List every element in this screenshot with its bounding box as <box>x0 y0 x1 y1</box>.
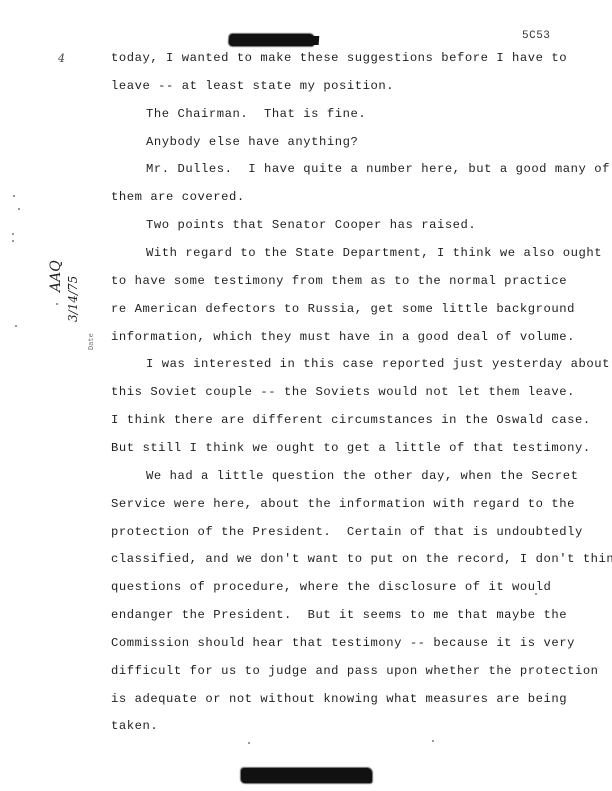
text-line: re American defectors to Russia, get som… <box>111 302 575 316</box>
line-marker: 4 <box>58 52 65 65</box>
text-line: difficult for us to judge and pass upon … <box>111 664 599 678</box>
document-page: 5C53 4 AAQ 3/14/75 Date today, I wanted … <box>0 0 612 791</box>
text-line: to have some testimony from them as to t… <box>111 274 567 288</box>
text-line: today, I wanted to make these suggestion… <box>111 51 567 65</box>
text-line: classified, and we don't want to put on … <box>111 552 612 566</box>
text-line: taken. <box>111 719 158 733</box>
redaction-bar-top <box>229 34 315 46</box>
text-line: Service were here, about the information… <box>111 497 575 511</box>
text-line: information, which they must have in a g… <box>111 330 575 344</box>
text-line: We had a little question the other day, … <box>146 469 579 483</box>
text-line: Mr. Dulles. I have quite a number here, … <box>146 162 610 176</box>
text-line: leave -- at least state my position. <box>111 79 394 93</box>
text-line: With regard to the State Department, I t… <box>146 246 602 260</box>
scan-speck <box>12 233 14 235</box>
text-line: this Soviet couple -- the Soviets would … <box>111 385 575 399</box>
text-line: But still I think we ought to get a litt… <box>111 441 591 455</box>
redaction-bar-bottom <box>241 768 372 783</box>
scan-speck <box>12 240 14 242</box>
margin-note-date: 3/14/75 <box>66 276 80 322</box>
scan-speck <box>432 740 434 742</box>
margin-stamp: Date <box>88 333 96 350</box>
text-line: Commission should hear that testimony --… <box>111 636 575 650</box>
scan-speck <box>18 208 20 210</box>
margin-note-initials: AAQ <box>48 260 64 292</box>
scan-speck <box>535 593 537 595</box>
scan-speck <box>248 742 250 744</box>
text-line: them are covered. <box>111 190 245 204</box>
text-line: questions of procedure, where the disclo… <box>111 580 551 594</box>
text-line: Two points that Senator Cooper has raise… <box>146 218 476 232</box>
scan-speck <box>13 195 15 197</box>
text-line: endanger the President. But it seems to … <box>111 608 567 622</box>
text-line: The Chairman. That is fine. <box>146 107 366 121</box>
text-line: I was interested in this case reported j… <box>146 357 610 371</box>
text-line: is adequate or not without knowing what … <box>111 692 567 706</box>
text-line: protection of the President. Certain of … <box>111 525 583 539</box>
page-number: 5C53 <box>522 30 550 42</box>
text-line: Anybody else have anything? <box>146 135 358 149</box>
text-line: I think there are different circumstance… <box>111 413 591 427</box>
scan-speck <box>56 303 58 305</box>
scan-speck <box>15 325 17 327</box>
